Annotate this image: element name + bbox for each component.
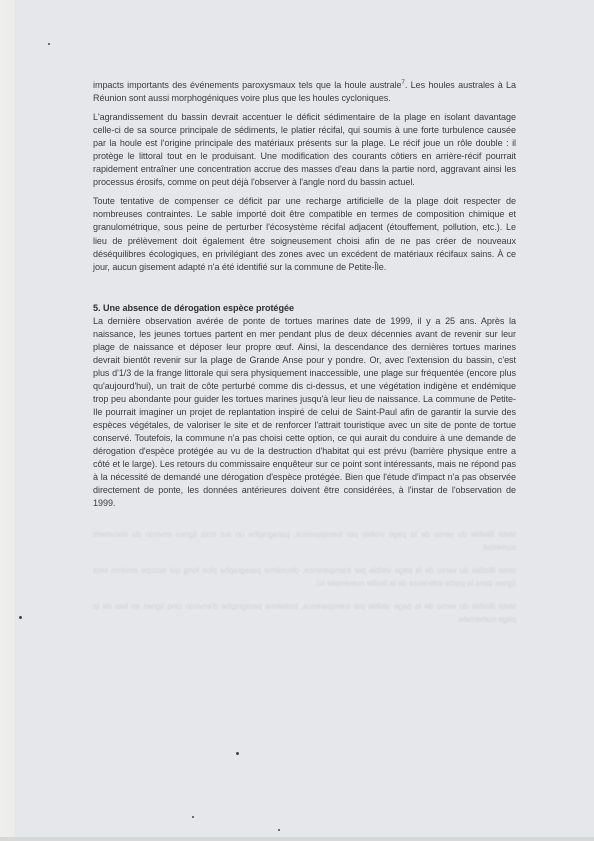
paragraph-tortues-marines: La dernière observation avérée de ponte … bbox=[93, 315, 516, 511]
show-through-paragraph: texte illisible du verso de la page visi… bbox=[93, 528, 516, 554]
show-through-paragraph: texte illisible du verso de la page visi… bbox=[93, 600, 516, 626]
paragraph-agrandissement-bassin: L'agrandissement du bassin devrait accen… bbox=[93, 111, 516, 189]
document-body: impacts importants des événements paroxy… bbox=[93, 79, 516, 516]
scanned-page: texte illisible du verso de la page visi… bbox=[0, 0, 594, 841]
scan-speck bbox=[192, 816, 194, 818]
scan-speck bbox=[236, 752, 239, 755]
scan-bottom-edge bbox=[0, 837, 594, 841]
show-through-text: texte illisible du verso de la page visi… bbox=[93, 528, 516, 632]
scan-speck bbox=[19, 616, 22, 619]
paragraph-text: impacts importants des événements paroxy… bbox=[93, 80, 402, 90]
show-through-paragraph: texte illisible du verso de la page visi… bbox=[93, 564, 516, 590]
paragraph-houle-australe: impacts importants des événements paroxy… bbox=[93, 79, 516, 105]
section-heading: 5. Une absence de dérogation espèce prot… bbox=[93, 302, 516, 315]
scan-speck bbox=[48, 43, 50, 45]
scan-speck bbox=[278, 829, 280, 831]
paragraph-recharge-artificielle: Toute tentative de compenser ce déficit … bbox=[93, 195, 516, 273]
